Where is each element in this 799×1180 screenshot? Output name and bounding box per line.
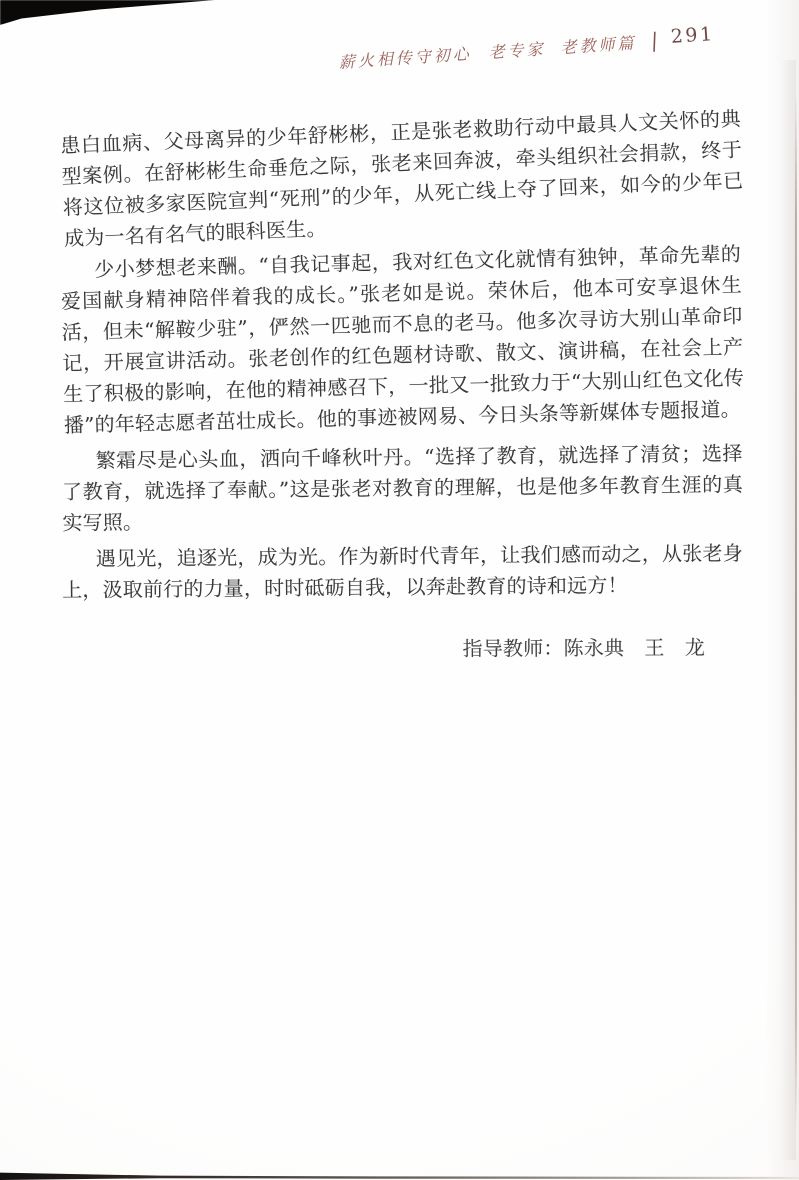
page-edge-line bbox=[795, 92, 797, 1127]
body-paragraph-4: 遇见光，追逐光，成为光。作为新时代青年，让我们感而动之，从张老身上，汲取前行的力… bbox=[62, 538, 744, 606]
scan-edge-top-left bbox=[0, 0, 215, 25]
header-divider: | bbox=[651, 28, 659, 52]
running-title-part2: 老专家 老教师篇 bbox=[488, 30, 637, 63]
body-text: 患白血病、父母离异的少年舒彬彬，正是张老救助行动中最具人文关怀的典型案例。在舒彬… bbox=[62, 117, 743, 665]
body-paragraph-3: 繁霜尽是心头血，洒向千峰秋叶丹。“选择了教育，就选择了清贫；选择了教育，就选择了… bbox=[61, 438, 743, 539]
running-header: 薪火相传守初心 老专家 老教师篇 | 291 bbox=[338, 24, 715, 73]
scan-edge-bottom bbox=[0, 1171, 799, 1180]
page-edge-shadow bbox=[780, 60, 796, 1160]
body-paragraph-2: 少小梦想老来酬。“自我记事起，我对红色文化就情有独钟，革命先辈的爱国献身精神陪伴… bbox=[60, 239, 745, 442]
scanned-book-page: 薪火相传守初心 老专家 老教师篇 | 291 患白血病、父母离异的少年舒彬彬，正… bbox=[0, 0, 799, 1180]
body-paragraph-1: 患白血病、父母离异的少年舒彬彬，正是张老救助行动中最具人文关怀的典型案例。在舒彬… bbox=[60, 103, 745, 254]
page-number: 291 bbox=[670, 23, 715, 48]
instructor-credit-line: 指导教师：陈永典 王 龙 bbox=[62, 632, 743, 667]
running-title-part1: 薪火相传守初心 bbox=[338, 41, 472, 73]
